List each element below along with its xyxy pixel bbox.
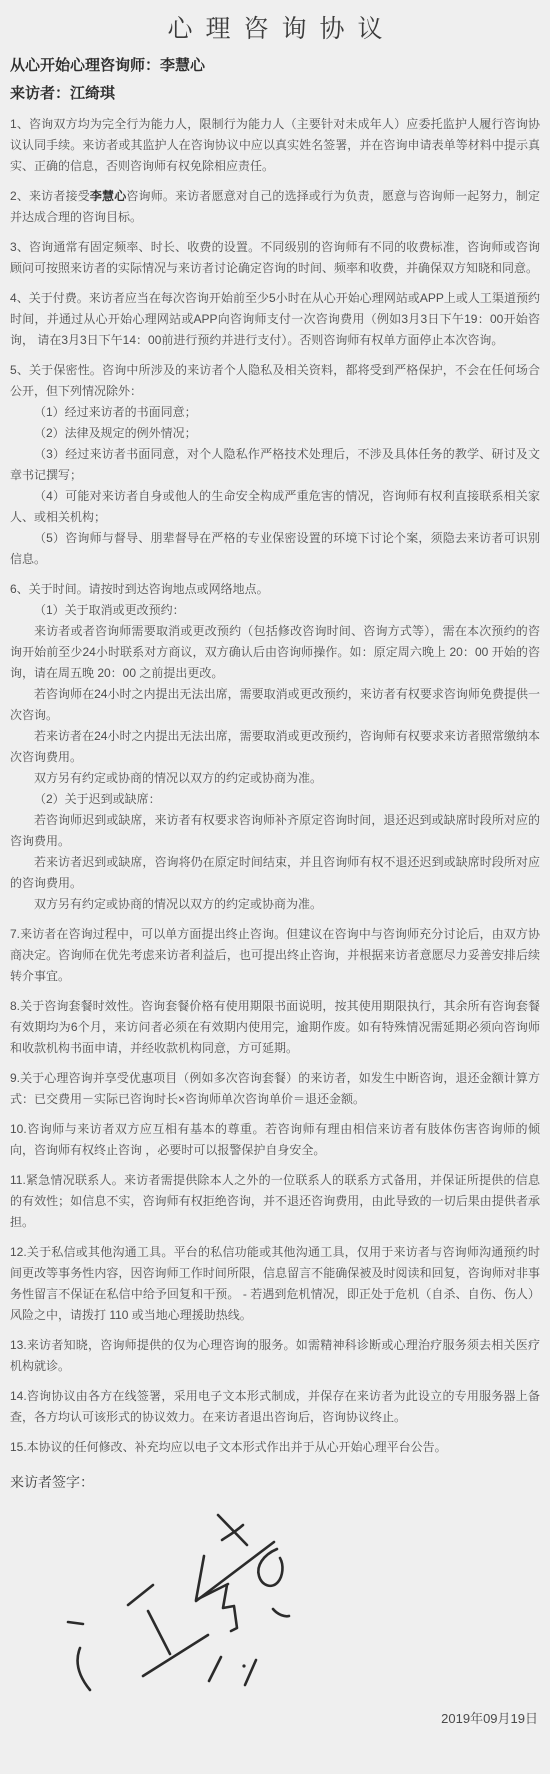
clause-paragraph: 若来访者迟到或缺席，咨询将仍在原定时间结束，并且咨询师有权不退还迟到或缺席时段所… [10, 852, 540, 894]
clause-paragraph: （4）可能对来访者自身或他人的生命安全构成严重危害的情况，咨询师有权利直接联系相… [10, 486, 540, 528]
clause-paragraph: （1）关于取消或更改预约： [10, 600, 540, 621]
clause-paragraph: 若来访者在24小时之内提出无法出席，需要取消或更改预约，咨询师有权要求来访者照常… [10, 726, 540, 768]
clause-paragraph: 若咨询师迟到或缺席，来访者有权要求咨询师补齐原定咨询时间，退还迟到或缺席时段所对… [10, 810, 540, 852]
clause-paragraph: 12.关于私信或其他沟通工具。平台的私信功能或其他沟通工具，仅用于来访者与咨询师… [10, 1242, 540, 1326]
clause-paragraph: 2、来访者接受李慧心咨询师。来访者愿意对自己的选择或行为负责，愿意与咨询师一起努… [10, 186, 540, 228]
clause-paragraph: 5、关于保密性。咨询中所涉及的来访者个人隐私及相关资料，都将受到严格保护，不会在… [10, 360, 540, 402]
clause-paragraph: 4、关于付费。来访者应当在每次咨询开始前至少5小时在从心开始心理网站或APP上或… [10, 288, 540, 351]
clause-paragraph: 7.来访者在咨询过程中，可以单方面提出终止咨询。但建议在咨询中与咨询师充分讨论后… [10, 924, 540, 987]
clause-paragraph: （2）法律及规定的例外情况； [10, 423, 540, 444]
clause-paragraph: 14.咨询协议由各方在线签署，采用电子文本形式制成，并保存在来访者为此设立的专用… [10, 1386, 540, 1428]
handwritten-signature [60, 1496, 360, 1706]
clause-paragraph: 若咨询师在24小时之内提出无法出席，需要取消或更改预约，来访者有权要求咨询师免费… [10, 684, 540, 726]
clause-paragraph: 6、关于时间。请按时到达咨询地点或网络地点。 [10, 579, 540, 600]
clause-paragraph: 来访者或者咨询师需要取消或更改预约（包括修改咨询时间、咨询方式等），需在本次预约… [10, 621, 540, 684]
clause-paragraph: 3、咨询通常有固定频率、时长、收费的设置。不同级别的咨询师有不同的收费标准，咨询… [10, 237, 540, 279]
clause-paragraph: 13.来访者知晓，咨询师提供的仅为心理咨询的服务。如需精神科诊断或心理治疗服务须… [10, 1335, 540, 1377]
counselor-line: 从心开始心理咨询师：李慧心 [10, 55, 540, 77]
clause-paragraph: 8.关于咨询套餐时效性。咨询套餐价格有使用期限书面说明，按其使用期限执行，其余所… [10, 996, 540, 1059]
clause-paragraph: （3）经过来访者书面同意，对个人隐私作严格技术处理后，不涉及具体任务的教学、研讨… [10, 444, 540, 486]
clause-paragraph: 11.紧急情况联系人。来访者需提供除本人之外的一位联系人的联系方式备用，并保证所… [10, 1170, 540, 1233]
signing-date: 2019年09月19日 [10, 1710, 540, 1728]
clause-paragraph: 双方另有约定或协商的情况以双方的约定或协商为准。 [10, 768, 540, 789]
clause-paragraph: 1、咨询双方均为完全行为能力人，限制行为能力人（主要针对未成年人）应委托监护人履… [10, 114, 540, 177]
clause-paragraph: （2）关于迟到或缺席： [10, 789, 540, 810]
clause-paragraph: （5）咨询师与督导、朋辈督导在严格的专业保密设置的环境下讨论个案，须隐去来访者可… [10, 528, 540, 570]
clauses-list: 1、咨询双方均为完全行为能力人，限制行为能力人（主要针对未成年人）应委托监护人履… [10, 114, 540, 1458]
agreement-document: 心理咨询协议 从心开始心理咨询师：李慧心 来访者：江绮琪 1、咨询双方均为完全行… [0, 12, 550, 1728]
clause-paragraph: 双方另有约定或协商的情况以双方的约定或协商为准。 [10, 894, 540, 915]
clause-paragraph: （1）经过来访者的书面同意； [10, 402, 540, 423]
client-line: 来访者：江绮琪 [10, 83, 540, 105]
clause-paragraph: 15.本协议的任何修改、补充均应以电子文本形式作出并于从心开始心理平台公告。 [10, 1437, 540, 1458]
signature-label: 来访者签字： [10, 1472, 540, 1492]
clause-paragraph: 10.咨询师与来访者双方应互相有基本的尊重。若咨询师有理由相信来访者有肢体伤害咨… [10, 1119, 540, 1161]
page-title: 心理咨询协议 [10, 12, 540, 46]
clause-paragraph: 9.关于心理咨询并享受优惠项目（例如多次咨询套餐）的来访者，如发生中断咨询，退还… [10, 1068, 540, 1110]
